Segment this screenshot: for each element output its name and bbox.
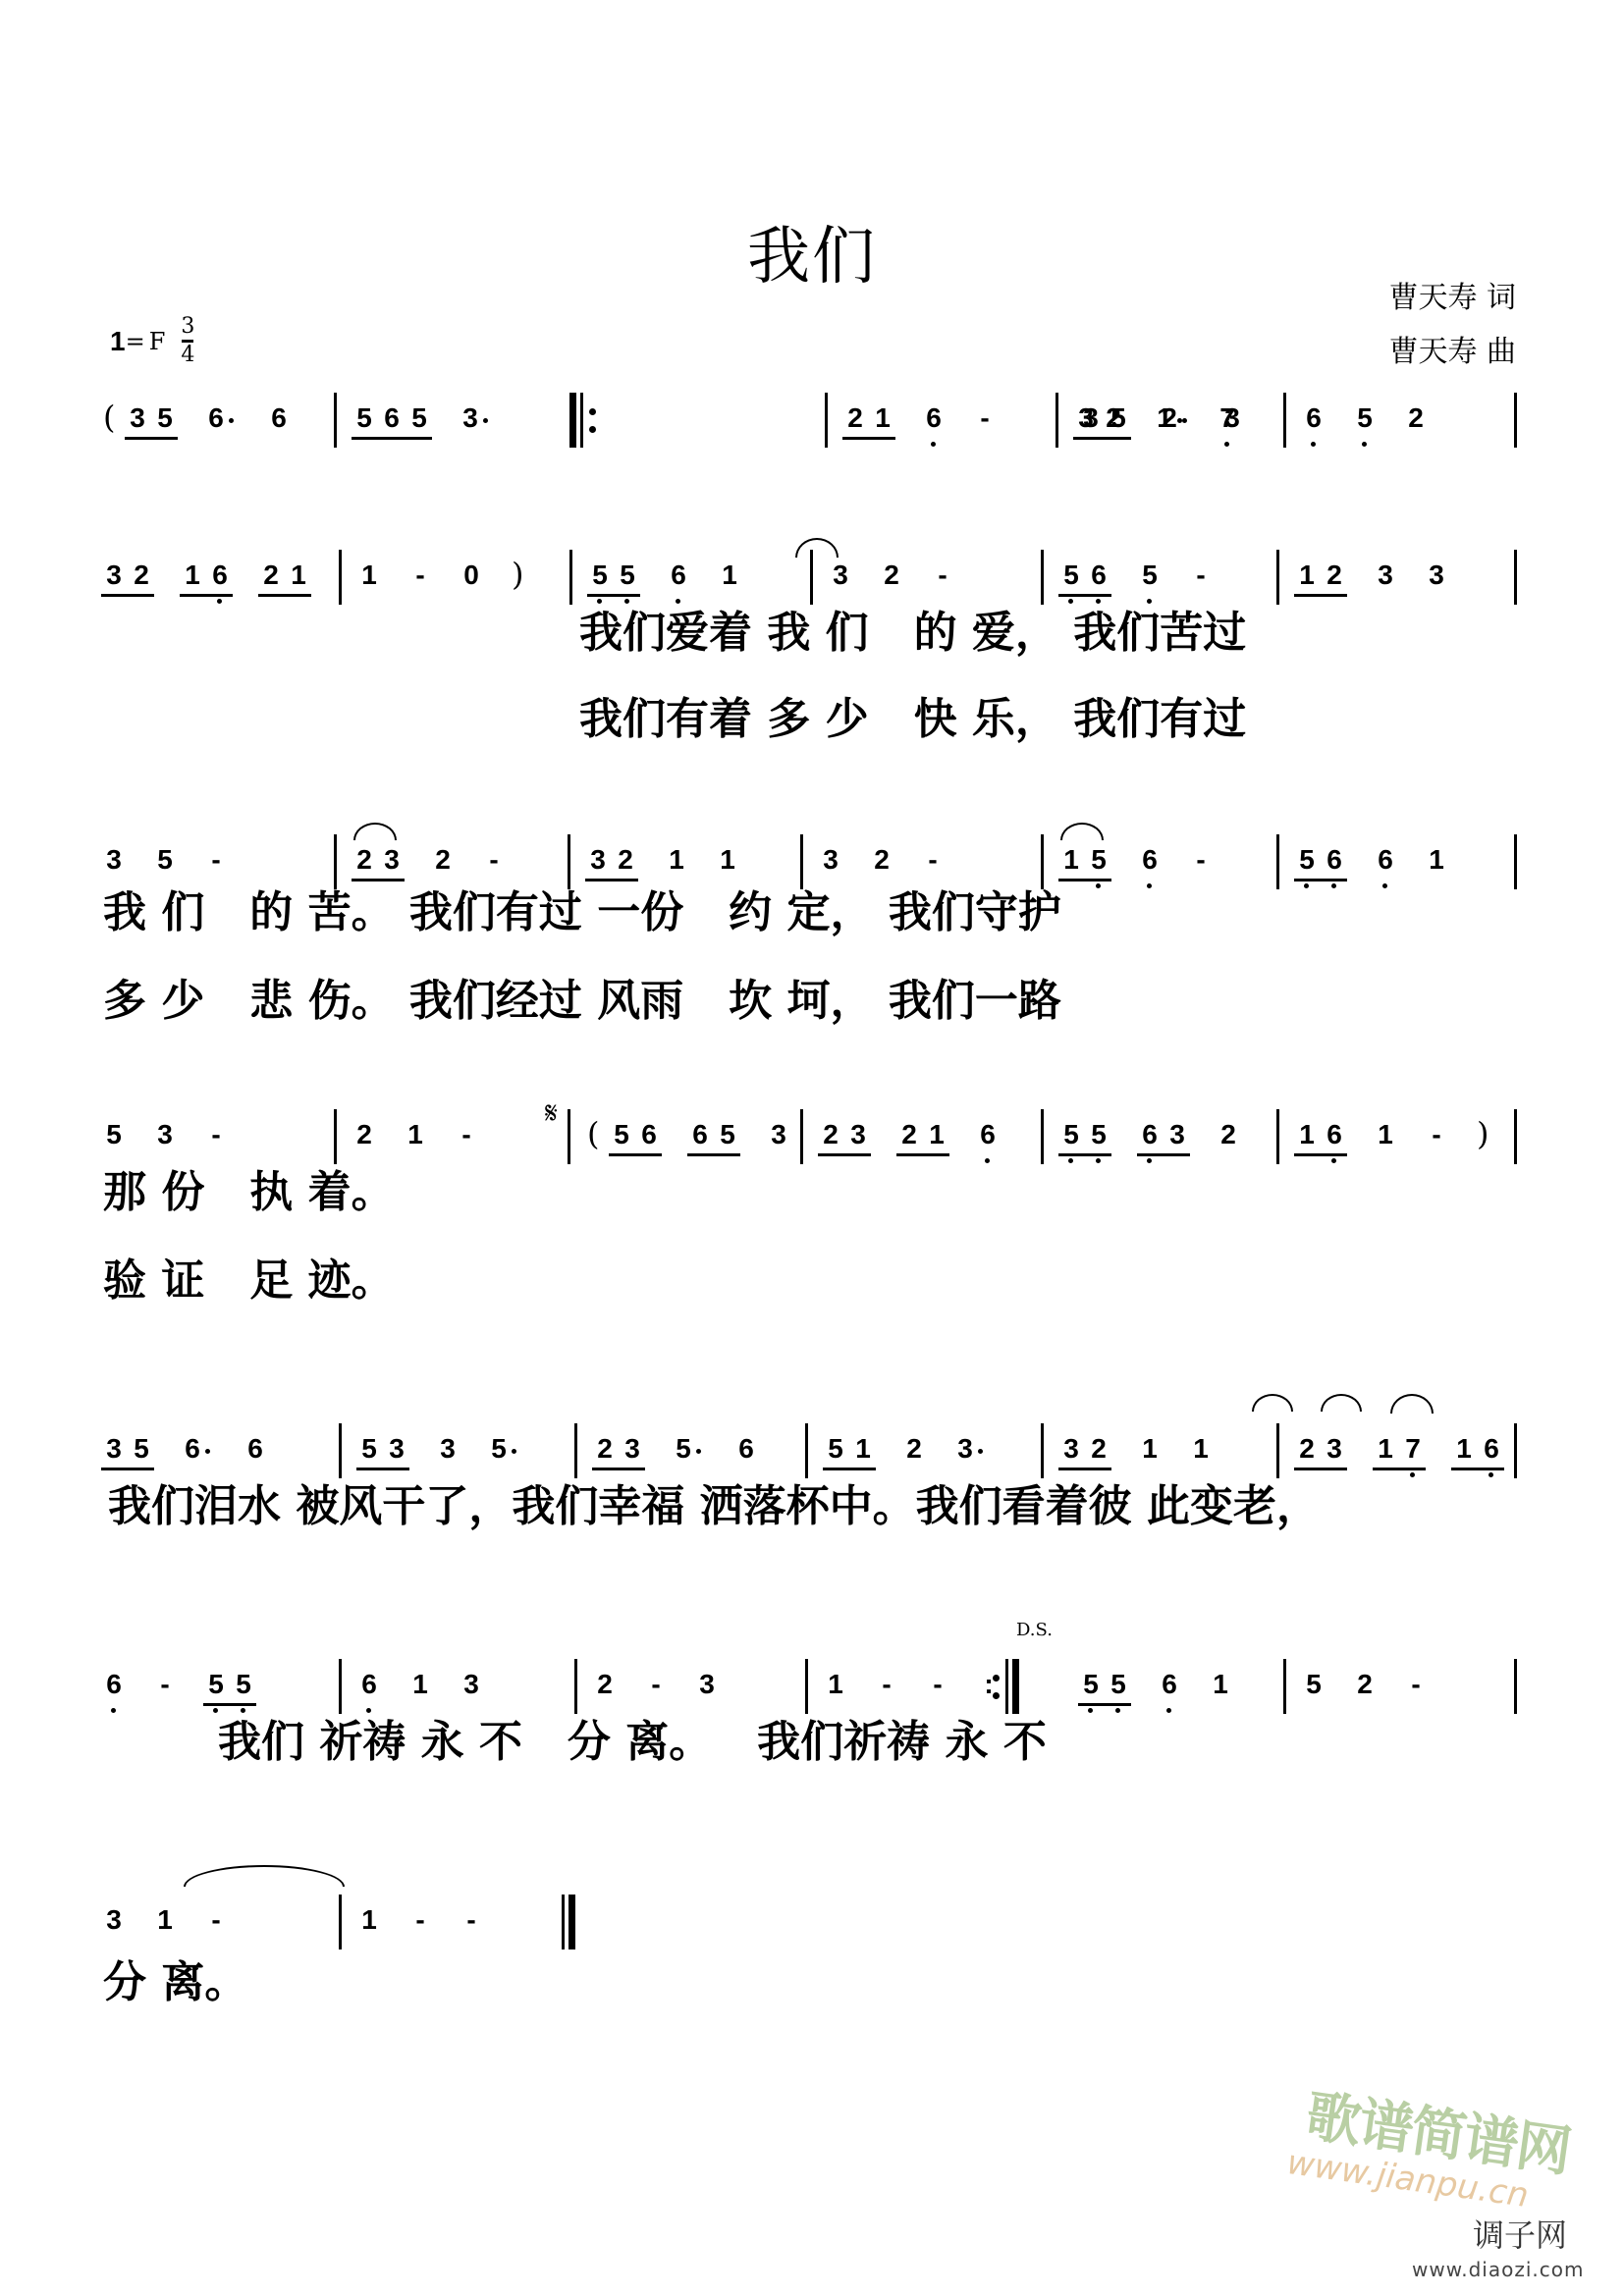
note: 2 <box>615 844 636 876</box>
beam-underline <box>823 1468 876 1470</box>
repeat-dot <box>993 1675 1000 1682</box>
slur-arc <box>353 823 397 840</box>
note: 2 <box>131 560 152 591</box>
octave-dot-low <box>366 1708 371 1713</box>
note: 6 <box>1088 560 1110 591</box>
staff-row: 35-232-321132-156-5661 <box>0 834 1624 893</box>
augmentation-dot <box>229 418 234 423</box>
beam-underline <box>1373 1468 1426 1470</box>
note: 2 <box>260 560 282 591</box>
beam-underline <box>1058 879 1111 881</box>
octave-dot-low <box>1331 883 1336 888</box>
dash-sustain: - <box>460 1904 482 1936</box>
beam-underline <box>1294 1468 1347 1470</box>
barline <box>339 1659 342 1714</box>
augmentation-dot <box>205 1449 210 1454</box>
octave-dot-low <box>1096 599 1101 604</box>
augmentation-dot <box>696 1449 701 1454</box>
note: 7 <box>1217 402 1238 434</box>
octave-dot-low <box>597 599 602 604</box>
note: 1 <box>1453 1433 1475 1465</box>
lyric-line: 我 们 的 苦。 我们有过 一份 约 定， 我们守护 <box>103 888 1061 937</box>
note: 1 <box>1190 1433 1212 1465</box>
octave-dot-low <box>1147 883 1152 888</box>
beam-underline <box>687 1153 740 1156</box>
dash-sustain: - <box>1405 1669 1427 1700</box>
barline <box>1283 393 1286 448</box>
note: 6 <box>182 1433 203 1465</box>
note: 3 <box>1060 1433 1082 1465</box>
note: 3 <box>103 560 125 591</box>
note: 5 <box>154 844 176 876</box>
note: 3 <box>437 1433 459 1465</box>
note: 3 <box>622 1433 643 1465</box>
slur-arc <box>184 1865 345 1887</box>
segno-sign: 𝄋 <box>545 1096 558 1131</box>
beam-underline <box>1058 594 1111 597</box>
beam-underline <box>101 1468 154 1470</box>
octave-dot-low <box>1362 442 1367 447</box>
slur-arc <box>1321 1394 1362 1412</box>
note: 3 <box>154 1119 176 1150</box>
note: 5 <box>1303 1669 1325 1700</box>
note: 2 <box>353 1119 375 1150</box>
note: 1 <box>1426 844 1447 876</box>
note: 2 <box>1405 402 1427 434</box>
note: 2 <box>594 1669 616 1700</box>
parenthesis: ( <box>587 1117 599 1150</box>
note: 3 <box>954 1433 976 1465</box>
barline <box>334 393 337 448</box>
beam-underline <box>258 594 311 597</box>
time-bottom: 4 <box>181 345 194 366</box>
beam-underline <box>125 437 178 440</box>
lyric-line: 我们爱着 我 们 的 爱， 我们苦过 <box>579 609 1246 658</box>
note: 1 <box>358 1904 380 1936</box>
note: 3 <box>460 402 481 434</box>
octave-dot-low <box>1311 442 1316 447</box>
note: 6 <box>1324 1119 1345 1150</box>
beam-underline <box>352 437 432 440</box>
note: 2 <box>881 560 902 591</box>
dash-sustain: - <box>1426 1119 1447 1150</box>
note: 5 <box>1060 1119 1082 1150</box>
barline <box>810 550 813 605</box>
note: 5 <box>673 1433 694 1465</box>
note: 3 <box>386 1433 407 1465</box>
barline <box>1276 1109 1279 1164</box>
note: 1 <box>1139 1433 1161 1465</box>
note: 6 <box>668 560 689 591</box>
octave-dot-low <box>624 599 629 604</box>
watermark-url-jianpu: www.jianpu.cn <box>1284 2143 1531 2216</box>
beam-underline <box>1058 1468 1111 1470</box>
note: 1 <box>154 1904 176 1936</box>
octave-dot-low <box>676 599 680 604</box>
note: 5 <box>1296 844 1318 876</box>
octave-dot-low <box>1115 1708 1120 1713</box>
octave-dot-low <box>1410 1472 1415 1477</box>
lyric-line: 我们 祈祷 永 不 分 离。 我们祈祷 永 不 <box>218 1718 1047 1767</box>
octave-dot-low <box>111 1708 116 1713</box>
note: 5 <box>611 1119 632 1150</box>
composer-credit: 曹天寿 曲 <box>1388 327 1516 370</box>
note: 5 <box>408 402 430 434</box>
note: 3 <box>103 844 125 876</box>
note: 1 <box>1375 1433 1396 1465</box>
barline <box>339 1423 342 1478</box>
note: 6 <box>244 1433 266 1465</box>
note: 5 <box>103 1119 125 1150</box>
beam-underline <box>180 594 233 597</box>
slur-arc <box>1252 1394 1293 1412</box>
note: 2 <box>1354 1669 1376 1700</box>
barline <box>1276 834 1279 889</box>
note: 2 <box>871 844 893 876</box>
beam-underline <box>818 1153 871 1156</box>
repeat-dot <box>589 408 596 415</box>
note: 3 <box>381 844 403 876</box>
barline <box>1283 1659 1286 1714</box>
beam-underline <box>203 1703 256 1706</box>
lyric-line: 我们有着 多 少 快 乐， 我们有过 <box>579 695 1246 744</box>
note: 6 <box>205 402 227 434</box>
note: 2 <box>1296 1433 1318 1465</box>
note: 5 <box>488 1433 510 1465</box>
note: 3 <box>830 560 851 591</box>
note: 5 <box>205 1669 227 1700</box>
note: 3 <box>460 1669 482 1700</box>
note: 6 <box>1139 844 1161 876</box>
note: 3 <box>820 844 841 876</box>
lyric-line: 分 离。 <box>103 1958 247 2007</box>
watermark-url-diaozi: www.diaozi.com <box>1412 2258 1584 2281</box>
repeat-end-barline <box>990 1659 1019 1714</box>
watermark-site-cn: 歌谱简谱网 <box>1302 2073 1576 2188</box>
beam-underline <box>1073 437 1126 440</box>
parenthesis: ) <box>1477 1117 1489 1150</box>
time-signature: 3 4 <box>181 316 194 366</box>
note: 7 <box>1402 1433 1424 1465</box>
barline <box>574 1659 577 1714</box>
note: 5 <box>1108 1669 1129 1700</box>
repeat-start-barline <box>569 393 599 448</box>
note: 1 <box>1296 560 1318 591</box>
octave-dot-low <box>1489 1472 1493 1477</box>
beam-underline <box>101 594 154 597</box>
dash-sustain: - <box>205 1119 227 1150</box>
note: 1 <box>182 560 203 591</box>
barline <box>805 1659 808 1714</box>
lyricist-credit: 曹天寿 词 <box>1388 273 1516 316</box>
octave-dot-low <box>217 599 222 604</box>
note: 1 <box>358 560 380 591</box>
dash-sustain: - <box>974 402 996 434</box>
note: 1 <box>926 1119 947 1150</box>
dash-sustain: - <box>456 1119 477 1150</box>
note: 6 <box>1139 1119 1161 1150</box>
dash-sustain: - <box>876 1669 897 1700</box>
note: 5 <box>1354 402 1376 434</box>
note: 5 <box>589 560 611 591</box>
augmentation-dot <box>978 1449 983 1454</box>
octave-dot-low <box>1304 883 1309 888</box>
dash-sustain: - <box>154 1669 176 1700</box>
key-equals: = <box>126 328 145 355</box>
slur-arc <box>795 538 839 558</box>
note: 2 <box>844 402 866 434</box>
watermark-brand: 调子网 <box>1473 2211 1567 2256</box>
note: 5 <box>1080 1669 1102 1700</box>
barline <box>574 1423 577 1478</box>
octave-dot-low <box>1382 883 1387 888</box>
note: 6 <box>268 402 290 434</box>
note: 3 <box>587 844 609 876</box>
augmentation-dot <box>1182 418 1187 423</box>
barline <box>800 834 803 889</box>
dash-sustain: - <box>409 1904 431 1936</box>
barline <box>1041 834 1044 889</box>
barline <box>568 834 570 889</box>
beam-underline <box>587 594 640 597</box>
note: 6 <box>689 1119 711 1150</box>
parenthesis: ) <box>512 558 523 591</box>
octave-dot-low <box>241 1708 245 1713</box>
dash-sustain: - <box>483 844 505 876</box>
octave-dot-low <box>1088 1708 1093 1713</box>
note: 1 <box>666 844 687 876</box>
note: 6 <box>381 402 403 434</box>
dash-sustain: - <box>1190 844 1212 876</box>
note: 6 <box>1159 1669 1180 1700</box>
beam-underline <box>1294 879 1347 881</box>
dash-sustain: - <box>409 560 431 591</box>
note: 6 <box>638 1119 660 1150</box>
note: 5 <box>353 402 375 434</box>
lyric-line: 那 份 执 着。 <box>103 1168 395 1217</box>
note: 2 <box>820 1119 841 1150</box>
note: 2 <box>353 844 375 876</box>
beam-underline <box>592 1468 645 1470</box>
song-title: 我们 <box>0 206 1624 296</box>
beam-underline <box>1294 1153 1347 1156</box>
note: 1 <box>1060 844 1082 876</box>
barline <box>1276 1423 1279 1478</box>
note: 6 <box>209 560 231 591</box>
note: 2 <box>432 844 454 876</box>
barline <box>568 1109 570 1164</box>
beam-underline <box>352 879 405 881</box>
note: 1 <box>825 1669 846 1700</box>
dash-sustain: - <box>932 560 953 591</box>
barline <box>1514 834 1517 889</box>
barline <box>334 1109 337 1164</box>
staff-row: 31-1-- <box>0 1895 1624 1953</box>
staff-row: 35665335235651233211231716 <box>0 1423 1624 1482</box>
note: 5 <box>1088 844 1110 876</box>
note: 5 <box>233 1669 254 1700</box>
octave-dot-low <box>1068 1158 1073 1163</box>
note: 1 <box>1210 1669 1231 1700</box>
note: 1 <box>717 844 738 876</box>
barline <box>569 550 572 605</box>
barline <box>339 1895 342 1949</box>
dash-sustain: - <box>1190 560 1212 591</box>
key-signature: 1 = F 3 4 <box>110 316 194 366</box>
octave-dot-low <box>1096 1158 1101 1163</box>
note: 5 <box>1060 560 1082 591</box>
note: 1 <box>1375 1119 1396 1150</box>
staff-row: 53-21-(566532321655632161-) <box>0 1109 1624 1168</box>
staff-row: 6-556132-31--:556152- <box>0 1659 1624 1718</box>
octave-dot-low <box>1224 442 1229 447</box>
note: 5 <box>358 1433 380 1465</box>
barline <box>1041 1423 1044 1478</box>
beam-underline <box>356 1468 409 1470</box>
beam-underline <box>1078 1703 1131 1706</box>
note: 5 <box>825 1433 846 1465</box>
dash-sustain: - <box>645 1669 667 1700</box>
note: 6 <box>1481 1433 1502 1465</box>
octave-dot-low <box>1147 599 1152 604</box>
note: 3 <box>847 1119 869 1150</box>
note: 2 <box>594 1433 616 1465</box>
repeat-dot <box>993 1692 1000 1699</box>
augmentation-dot <box>483 418 488 423</box>
final-barline <box>562 1895 575 1949</box>
watermark: 歌谱简谱网 www.jianpu.cn 调子网 www.diaozi.com <box>1286 2091 1620 2287</box>
note: 1 <box>852 1433 874 1465</box>
note: 5 <box>1139 560 1161 591</box>
beam-underline <box>842 437 895 440</box>
note: 0 <box>460 560 482 591</box>
lyric-line: 多 少 悲 伤。 我们经过 风雨 坎 坷， 我们一路 <box>103 977 1061 1026</box>
staff-row: 3216211-0)556132-565-1233 <box>0 550 1624 609</box>
lyric-line: 我们泪水 被风干了，我们幸福 洒落杯中。我们看着彼 此变老， <box>108 1482 1320 1531</box>
note: 1 <box>405 1119 426 1150</box>
parenthesis: ( <box>103 400 115 434</box>
beam-underline <box>1451 1468 1504 1470</box>
note: 5 <box>154 402 176 434</box>
barline <box>1514 1109 1517 1164</box>
dash-sustain: - <box>205 1904 227 1936</box>
beam-underline <box>1294 594 1347 597</box>
barline <box>334 834 337 889</box>
note: 1 <box>1296 1119 1318 1150</box>
barline <box>1514 393 1517 448</box>
barline <box>1276 550 1279 605</box>
barline <box>1041 550 1044 605</box>
note: 6 <box>923 402 945 434</box>
note: 3 <box>127 402 148 434</box>
staff-row: (356656533523216-3217652 <box>0 393 1624 452</box>
dash-sustain: - <box>927 1669 948 1700</box>
repeat-dot <box>589 426 596 433</box>
augmentation-dot <box>1177 418 1182 423</box>
beam-underline <box>585 879 638 881</box>
key-tonic: 1 <box>110 326 126 357</box>
note: 6 <box>103 1669 125 1700</box>
note: 6 <box>1303 402 1325 434</box>
note: 1 <box>1154 402 1175 434</box>
slur-arc <box>1060 823 1104 840</box>
barline <box>1514 1423 1517 1478</box>
barline <box>800 1109 803 1164</box>
note: 3 <box>103 1904 125 1936</box>
note: 6 <box>358 1669 380 1700</box>
note: 3 <box>1426 560 1447 591</box>
note: 2 <box>1103 402 1124 434</box>
slur-arc <box>1390 1394 1434 1414</box>
note: 2 <box>1088 1433 1110 1465</box>
barline <box>805 1423 808 1478</box>
beam-underline <box>609 1153 662 1156</box>
note: 5 <box>1088 1119 1110 1150</box>
barline <box>825 393 828 448</box>
note: 6 <box>977 1119 999 1150</box>
note: 3 <box>768 1119 789 1150</box>
octave-dot-low <box>1068 599 1073 604</box>
note: 6 <box>735 1433 757 1465</box>
beam-underline <box>1058 1153 1111 1156</box>
barline <box>1041 1109 1044 1164</box>
note: 2 <box>1324 560 1345 591</box>
note: 1 <box>288 560 309 591</box>
da-segno-marker: D.S. <box>1016 1620 1053 1640</box>
note: 2 <box>903 1433 925 1465</box>
note: 3 <box>1324 1433 1345 1465</box>
octave-dot-low <box>1331 1158 1336 1163</box>
barline <box>1514 1659 1517 1714</box>
octave-dot-low <box>931 442 936 447</box>
note: 3 <box>103 1433 125 1465</box>
barline <box>1514 550 1517 605</box>
note: 2 <box>898 1119 920 1150</box>
note: 6 <box>1375 844 1396 876</box>
augmentation-dot <box>512 1449 516 1454</box>
beam-underline <box>896 1153 949 1156</box>
note: 5 <box>617 560 638 591</box>
lyric-line: 验 证 足 迹。 <box>103 1256 395 1306</box>
octave-dot-low <box>985 1158 990 1163</box>
note: 1 <box>872 402 893 434</box>
dash-sustain: - <box>205 844 227 876</box>
octave-dot-low <box>1096 883 1101 888</box>
note: 3 <box>696 1669 718 1700</box>
dash-sustain: - <box>922 844 944 876</box>
note: 5 <box>131 1433 152 1465</box>
time-top: 3 <box>181 316 194 338</box>
note: 3 <box>1075 402 1097 434</box>
octave-dot-low <box>1166 1708 1171 1713</box>
barline <box>339 550 342 605</box>
note: 1 <box>409 1669 431 1700</box>
note: 3 <box>1166 1119 1188 1150</box>
octave-dot-low <box>1147 1158 1152 1163</box>
note: 6 <box>1324 844 1345 876</box>
note: 3 <box>1375 560 1396 591</box>
note: 2 <box>1218 1119 1239 1150</box>
octave-dot-low <box>213 1708 218 1713</box>
key-name: F <box>149 328 166 355</box>
note: 5 <box>717 1119 738 1150</box>
beam-underline <box>1137 1153 1190 1156</box>
note: 1 <box>719 560 740 591</box>
barline <box>1056 393 1058 448</box>
